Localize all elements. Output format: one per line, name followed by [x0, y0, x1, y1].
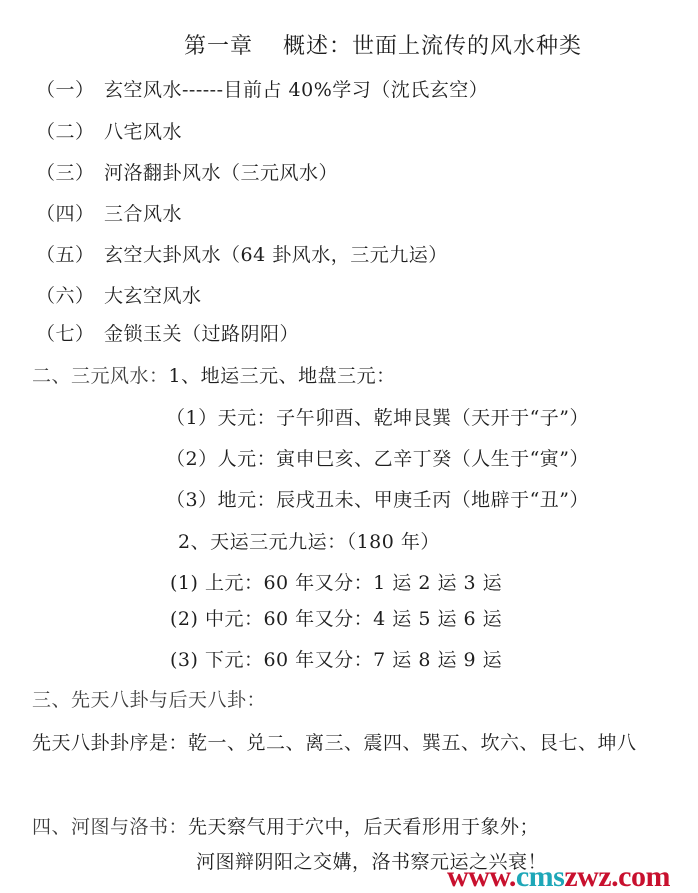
- list-item-text: 三合风水: [104, 203, 182, 225]
- list-item: （二）八宅风水: [36, 120, 182, 144]
- list-item-text: 大玄空风水: [104, 285, 202, 307]
- watermark-part: cms: [516, 860, 564, 893]
- section-title: 二、三元风水：: [32, 365, 169, 387]
- sub-item: （1）天元：子午卯酉、乾坤艮巽（天开于“子”）: [166, 406, 589, 430]
- subsection-title: 1、地运三元、地盘三元：: [169, 365, 396, 387]
- section-heading-hetu: 四、河图与洛书：先天察气用于穴中，后天看形用于象外；: [32, 815, 539, 839]
- sub-item: （3）地元：辰戌丑未、甲庚壬丙（地辟于“丑”）: [166, 488, 589, 512]
- list-item-text: 河洛翻卦风水（三元风水）: [104, 162, 338, 184]
- list-item-number: （四）: [36, 202, 104, 226]
- watermark-logo: www.cmszwz.com: [447, 862, 670, 892]
- list-item: （四）三合风水: [36, 202, 182, 226]
- sub-item: (3) 下元：60 年又分：7 运 8 运 9 运: [170, 648, 502, 672]
- list-item: （五）玄空大卦风水（64 卦风水，三元九运）: [36, 243, 448, 267]
- list-item-text: 玄空风水------目前占 40%学习（沈氏玄空）: [104, 79, 488, 101]
- list-item-text: 金锁玉关（过路阴阳）: [104, 323, 299, 345]
- section-title: 四、河图与洛书：: [32, 816, 188, 838]
- list-item: （六）大玄空风水: [36, 284, 202, 308]
- sub-item: (1) 上元：60 年又分：1 运 2 运 3 运: [170, 571, 502, 595]
- section-heading-sanyuan: 二、三元风水：1、地运三元、地盘三元：: [32, 364, 396, 388]
- list-item-text: 玄空大卦风水（64 卦风水，三元九运）: [104, 244, 448, 266]
- chapter-title: 第一章概述：世面上流传的风水种类: [184, 33, 582, 61]
- bagua-order-text: 先天八卦卦序是：乾一、兑二、离三、震四、巽五、坎六、艮七、坤八: [32, 731, 637, 755]
- watermark-part: zwz.com: [564, 860, 670, 893]
- list-item-text: 八宅风水: [104, 121, 182, 143]
- list-item-number: （一）: [36, 78, 104, 102]
- list-item-number: （六）: [36, 284, 104, 308]
- section-body: 先天察气用于穴中，后天看形用于象外；: [188, 816, 539, 838]
- sub-item: （2）人元：寅申巳亥、乙辛丁癸（人生于“寅”）: [166, 447, 589, 471]
- list-item: （三）河洛翻卦风水（三元风水）: [36, 161, 338, 185]
- list-item-number: （五）: [36, 243, 104, 267]
- list-item-number: （七）: [36, 322, 104, 346]
- chapter-number: 第一章: [184, 34, 253, 59]
- watermark-part: www.: [447, 860, 516, 893]
- sub-item: (2) 中元：60 年又分：4 运 5 运 6 运: [170, 607, 502, 631]
- subsection-heading: 2、天运三元九运：（180 年）: [178, 530, 440, 554]
- list-item-number: （三）: [36, 161, 104, 185]
- chapter-heading: 概述：世面上流传的风水种类: [283, 34, 582, 59]
- list-item: （一）玄空风水------目前占 40%学习（沈氏玄空）: [36, 78, 488, 102]
- section-heading-bagua: 三、先天八卦与后天八卦：: [32, 688, 266, 712]
- list-item-number: （二）: [36, 120, 104, 144]
- list-item: （七）金锁玉关（过路阴阳）: [36, 322, 299, 346]
